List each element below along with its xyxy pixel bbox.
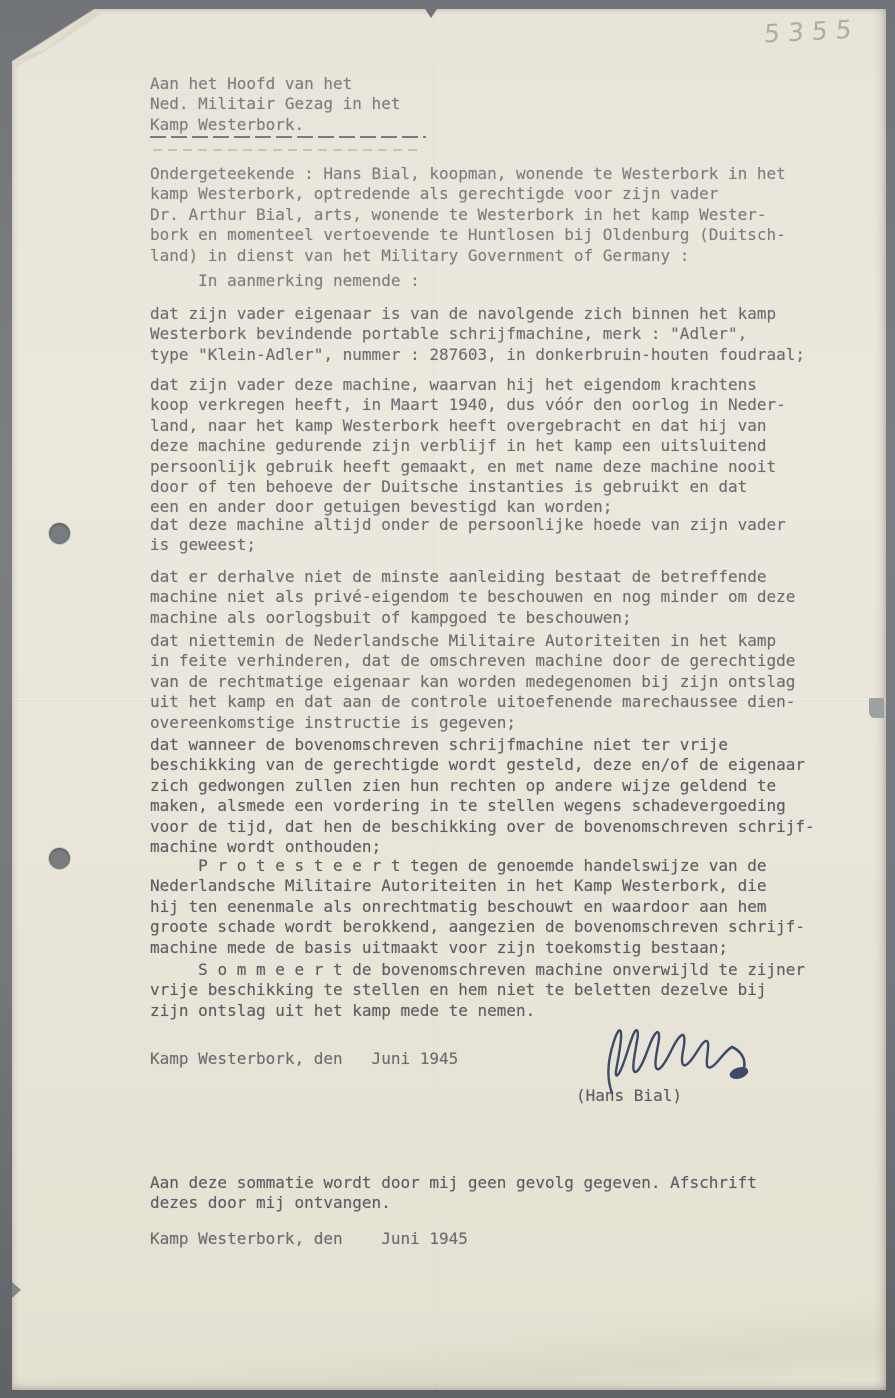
paragraph-opening: Ondergeteekende : Hans Bial, koopman, wo… [150, 164, 885, 266]
paragraph-ownership-history: dat zijn vader deze machine, waarvan hij… [150, 375, 885, 518]
paragraph-authorities-hinder: dat niettemin de Nederlandsche Militaire… [150, 631, 885, 733]
handwritten-signature [590, 1015, 760, 1097]
paragraph-summons: S o m m e e r t de bovenomschreven machi… [150, 960, 885, 1021]
scanned-document-background: { "document": { "archive_number": "5355"… [0, 0, 895, 1398]
paragraph-private-property: dat er derhalve niet de minste aanleidin… [150, 567, 885, 628]
recipient-line-3: Kamp Westerbork. [150, 115, 885, 135]
recipient-address: Aan het Hoofd van hetNed. Militair Gezag… [150, 74, 885, 135]
date-line-1: Kamp Westerbork, den Juni 1945 [150, 1049, 885, 1069]
folded-corner [12, 9, 112, 79]
recipient-underline [150, 136, 426, 138]
punch-hole-bottom [49, 848, 70, 869]
paragraph-legal-claims: dat wanneer de bovenomschreven schrijfma… [150, 735, 885, 857]
paragraph-protest: P r o t e s t e e r t tegen de genoemde … [150, 856, 885, 958]
paragraph-personal-care: dat deze machine altijd onder de persoon… [150, 515, 885, 556]
punch-hole-top [49, 523, 70, 544]
recipient-underline-faint [153, 149, 419, 151]
top-edge-notch [425, 9, 437, 18]
paragraph-considering: In aanmerking nemende : [150, 271, 885, 291]
date-line-2: Kamp Westerbork, den Juni 1945 [150, 1229, 885, 1249]
recipient-line-1: Aan het Hoofd van het [150, 74, 885, 94]
postscript-note: Aan deze sommatie wordt door mij geen ge… [150, 1173, 885, 1214]
recipient-line-2: Ned. Militair Gezag in het [150, 94, 885, 114]
bottom-left-tear [12, 1282, 21, 1298]
document-page: 5355 Aan het Hoofd van hetNed. Militair … [12, 9, 886, 1390]
signature-name: (Hans Bial) [576, 1086, 876, 1106]
paragraph-typewriter-description: dat zijn vader eigenaar is van de navolg… [150, 304, 885, 365]
archive-number-pencil: 5355 [763, 14, 861, 48]
